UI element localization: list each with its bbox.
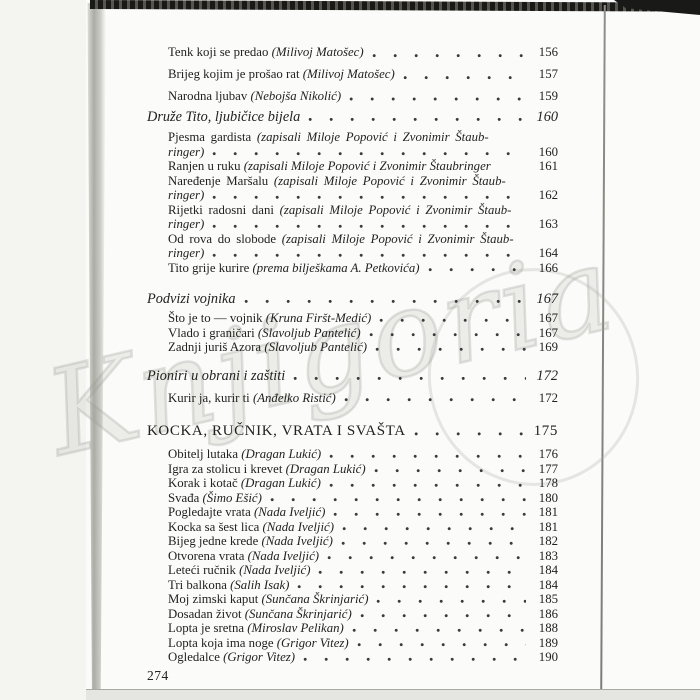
toc-entry-line: Obitelj lutaka (Dragan Lukić)176 [147,447,562,462]
toc-heading: Druže Tito, ljubičice bijela160 [147,107,562,127]
dot-leader [372,42,526,64]
page-number: 169 [532,340,558,355]
toc-entry-line-note: (Anđelko Ristić) [253,391,336,406]
toc-entry-line-note: ringer) [168,145,204,160]
toc-entry-line-note: (Dragan Lukić) [241,476,321,491]
page-number: 176 [532,447,558,462]
dot-leader [333,505,526,520]
page-number: 167 [532,326,558,341]
page-number: 189 [532,636,558,651]
toc-entry-line-note: (Grigor Vitez) [223,650,295,665]
page-number: 180 [532,491,558,506]
toc-heading-title: Podvizi vojnika [147,289,236,309]
toc-entry-line-note: (zapisali Miloje Popović i Zvonimir Štau… [280,203,512,218]
page-top-edge [90,0,700,12]
toc-entries: Kurir ja, kurir ti (Anđelko Ristić)172 [147,391,562,406]
dot-leader [360,607,526,622]
toc-heading-title: KOCKA, RUČNIK, VRATA I SVAŠTA [147,419,406,443]
toc-entry-line: Lopta koja ima noge (Grigor Vitez)189 [147,636,562,651]
toc-entry-line-title: Obitelj lutaka [168,447,241,462]
scan-left-margin [0,0,86,700]
page-number: 175 [532,419,558,443]
toc-entry-line-title: Ogledalce [168,650,223,665]
toc-entry-line-title: Leteći ručnik [168,563,239,578]
toc-entry-line-note: (Slavoljub Pantelić) [258,326,361,341]
dot-leader [403,64,526,86]
toc-entry-line-note: (Dragan Lukić) [286,462,366,477]
dot-leader [374,462,526,477]
toc-entry-line-note: (Slavoljub Pantelić) [264,340,367,355]
toc-entry-line-title: Moj zimski kaput [168,592,261,607]
toc-entries: Tenk koji se predao (Milivoj Matošec)156… [147,42,562,107]
scan-bottom-edge [86,689,700,700]
toc-entry-line: Igra za stolicu i krevet (Dragan Lukić)1… [147,462,562,477]
toc-entry-line: Svađa (Šimo Ešić)180 [147,491,562,506]
dot-leader [318,563,526,578]
toc-entry-line-title: Tito grije kurire [168,261,252,276]
page-number: 161 [532,159,558,174]
toc-entry-line-note: (Grigor Vitez) [277,636,349,651]
page-top-edge-corner [614,0,700,15]
toc-entry-line-title: Pjesma gardista [168,130,257,145]
toc-entry-line-note: (Nebojša Nikolić) [250,86,341,108]
page-number: 167 [532,311,558,326]
toc-entry-line-note: (Šimo Ešić) [202,491,261,506]
dot-leader [375,340,526,355]
toc-entry-line-title: Rijetki radosni dani [168,203,280,218]
toc-entry-line: Ranjen u ruku (zapisali Miloje Popović i… [147,159,562,174]
toc-entry-line-note: (Dragan Lukić) [241,447,321,462]
toc-entry-line-title: Otvorena vrata [168,549,248,564]
toc-entry-line: Moj zimski kaput (Sunčana Škrinjarić)185 [147,592,562,607]
toc-entry-line-title: Od rova do slobode [168,232,282,247]
toc-entry-line-title: Ranjen u ruku [168,159,244,174]
toc-heading: Pioniri u obrani i zaštiti172 [147,366,562,386]
toc-entries: Što je to — vojnik (Kruna Firšt-Medić)16… [147,311,562,355]
toc-entry-line-note: (zapisali Miloje Popović i Zvonimir Štau… [257,130,489,145]
toc-entry-line-title: Bijeg jedne krede [168,534,261,549]
book-gutter-shadow [84,3,106,689]
dot-leader [270,491,526,506]
dot-leader [379,311,526,326]
toc-entry-line: Dosadan život (Sunčana Škrinjarić)186 [147,607,562,622]
page-number: 186 [532,607,558,622]
toc-entry-line-title: Dosadan život [168,607,245,622]
page-number: 166 [532,261,558,276]
toc-entry-line: Vlado i graničari (Slavoljub Pantelić)16… [147,326,562,341]
toc-entry-line-title: Igra za stolicu i krevet [168,462,286,477]
page-number: 164 [532,246,558,261]
page-number: 172 [532,366,558,386]
toc-entry-line: Od rova do slobode (zapisali Miloje Popo… [147,232,562,247]
toc-entry-line: Bijeg jedne krede (Nada Iveljić)182 [147,534,562,549]
dot-leader [499,159,526,174]
toc-section: Druže Tito, ljubičice bijela160Pjesma ga… [147,107,562,275]
dot-leader [308,107,526,127]
toc-entry-line: Tri balkona (Salih Isak)184 [147,578,562,593]
toc-entry-line-note: (Kruna Firšt-Medić) [266,311,372,326]
toc-entry-line: Pjesma gardista (zapisali Miloje Popović… [147,130,562,145]
dot-leader [329,476,526,491]
toc-section: Pioniri u obrani i zaštiti172Kurir ja, k… [147,366,562,406]
dot-leader [428,261,527,276]
toc-entry-line-note: (Miroslav Pelikan) [247,621,344,636]
page-number: 172 [532,391,558,406]
dot-leader [329,447,526,462]
toc-entry-line-note: (Nada Iveljić) [263,520,334,535]
toc-entry-line: Zadnji juriš Azora (Slavoljub Pantelić)1… [147,340,562,355]
toc-entry-line-title: Naređenje Maršalu [168,174,274,189]
page-number: 188 [532,621,558,636]
toc-entry-line-note: (Nada Iveljić) [248,549,319,564]
toc-entry-line-title: Lopta koja ima noge [168,636,277,651]
toc-entry-line-title: Narodna ljubav [168,86,250,108]
toc-entry-line-title: Zadnji juriš Azora [168,340,264,355]
toc-entry-line: Ogledalce (Grigor Vitez)190 [147,650,562,665]
toc-entry-line-title: Brijeg kojim je prošao rat [168,64,303,86]
dot-leader [327,549,526,564]
dot-leader [344,391,526,406]
page-number: 163 [532,217,558,232]
toc-heading: KOCKA, RUČNIK, VRATA I SVAŠTA175 [147,419,562,443]
dot-leader [369,326,526,341]
toc-entry-line-note: ringer) [168,188,204,203]
dot-leader [514,174,526,189]
toc-entry-line-title: Što je to — vojnik [168,311,266,326]
toc-entry-line-note: (Nada Iveljić) [261,534,332,549]
toc-entry-line-note: ringer) [168,246,204,261]
toc: Tenk koji se predao (Milivoj Matošec)156… [147,40,562,665]
toc-entry-line-note: (Milivoj Matošec) [303,64,395,86]
toc-entry-line-title: Svađa [168,491,202,506]
toc-entries: Obitelj lutaka (Dragan Lukić)176Igra za … [147,447,562,665]
toc-entry-line-note: ringer) [168,217,204,232]
page-number: 178 [532,476,558,491]
toc-entry-line-note: (Sunčana Škrinjarić) [245,607,352,622]
dot-leader [522,232,526,247]
dot-leader [349,86,526,108]
page-number: 160 [532,107,558,127]
toc-entry-line-note: (Nada Iveljić) [254,505,325,520]
toc-entry-line-title: Tenk koji se predao [168,42,272,64]
page-number: 157 [532,64,558,86]
toc-entry-line-title: Korak i kotač [168,476,241,491]
dot-leader [212,188,526,203]
dot-leader [244,289,526,309]
page-number: 162 [532,188,558,203]
dot-leader [497,130,526,145]
page-number: 182 [532,534,558,549]
page-number: 181 [532,520,558,535]
toc-entry-line-note: (Milivoj Matošec) [272,42,364,64]
toc-entry-line: Brijeg kojim je prošao rat (Milivoj Mato… [147,64,562,86]
toc-heading-title: Druže Tito, ljubičice bijela [147,107,300,127]
dot-leader [303,650,526,665]
toc-entries: Pjesma gardista (zapisali Miloje Popović… [147,130,562,275]
toc-entry-line-title: Vlado i graničari [168,326,258,341]
dot-leader [297,578,526,593]
dot-leader [519,203,526,218]
toc-entry-line-note: (Sunčana Škrinjarić) [261,592,368,607]
toc-entry-line-title: Lopta je sretna [168,621,247,636]
toc-entry-line: Tenk koji se predao (Milivoj Matošec)156 [147,42,562,64]
toc-entry-line: Pogledajte vrata (Nada Iveljić)181 [147,505,562,520]
page-number: 183 [532,549,558,564]
toc-entry-line: Narodna ljubav (Nebojša Nikolić)159 [147,86,562,108]
toc-entry-line: ringer)164 [147,246,562,261]
dot-leader [357,636,526,651]
toc-entry-line-title: Pogledajte vrata [168,505,254,520]
scanned-book-page: Knjigoria Tenk koji se predao (Milivoj M… [0,0,700,700]
page-number: 156 [532,42,558,64]
toc-entry-line: Korak i kotač (Dragan Lukić)178 [147,476,562,491]
dot-leader [212,217,526,232]
toc-entry-line: Otvorena vrata (Nada Iveljić)183 [147,549,562,564]
dot-leader [341,534,526,549]
page-number: 185 [532,592,558,607]
toc-section: KOCKA, RUČNIK, VRATA I SVAŠTA175Obitelj … [147,419,562,665]
dot-leader [212,145,526,160]
toc-entry-line: ringer)162 [147,188,562,203]
toc-entry-line: Kocka sa šest lica (Nada Iveljić)181 [147,520,562,535]
toc-entry-line-note: (Salih Isak) [230,578,289,593]
toc-heading-title: Pioniri u obrani i zaštiti [147,366,285,386]
folio: 274 [147,668,169,684]
toc-entry-line-note: (zapisali Miloje Popović i Zvonimir Štau… [274,174,506,189]
toc-entry-line-note: (zapisali Miloje Popović i Zvonimir Štau… [282,232,514,247]
dot-leader [352,621,526,636]
page-number: 159 [532,86,558,108]
toc-entry-line: ringer)160 [147,145,562,160]
toc-entry-line: Rijetki radosni dani (zapisali Miloje Po… [147,203,562,218]
toc-entry-line: Leteći ručnik (Nada Iveljić)184 [147,563,562,578]
page-number: 190 [532,650,558,665]
page-number: 167 [532,289,558,309]
toc-entry-line: Što je to — vojnik (Kruna Firšt-Medić)16… [147,311,562,326]
toc-entry-line-note: (prema bilješkama A. Petkovića) [252,261,419,276]
toc-entry-line: Kurir ja, kurir ti (Anđelko Ristić)172 [147,391,562,406]
toc-section: Podvizi vojnika167Što je to — vojnik (Kr… [147,289,562,355]
page-number: 177 [532,462,558,477]
toc-entry-line-title: Kurir ja, kurir ti [168,391,253,406]
toc-entry-line-note: (zapisali Miloje Popović i Zvonimir Štau… [244,159,491,174]
dot-leader [376,592,526,607]
toc-entry-line-note: (Nada Iveljić) [239,563,310,578]
dot-leader [212,246,526,261]
toc-entry-line-title: Tri balkona [168,578,230,593]
page-number: 181 [532,505,558,520]
toc-section: Tenk koji se predao (Milivoj Matošec)156… [147,42,562,107]
toc-entry-line-title: Kocka sa šest lica [168,520,263,535]
page-number: 160 [532,145,558,160]
toc-heading: Podvizi vojnika167 [147,289,562,309]
toc-entry-line: ringer)163 [147,217,562,232]
toc-entry-line: Naređenje Maršalu (zapisali Miloje Popov… [147,174,562,189]
dot-leader [293,366,526,386]
page-right-edge [600,5,606,695]
toc-entry-line: Tito grije kurire (prema bilješkama A. P… [147,261,562,276]
page-number: 184 [532,578,558,593]
toc-entry-line: Lopta je sretna (Miroslav Pelikan)188 [147,621,562,636]
dot-leader [414,419,526,443]
page-number: 184 [532,563,558,578]
dot-leader [342,520,526,535]
